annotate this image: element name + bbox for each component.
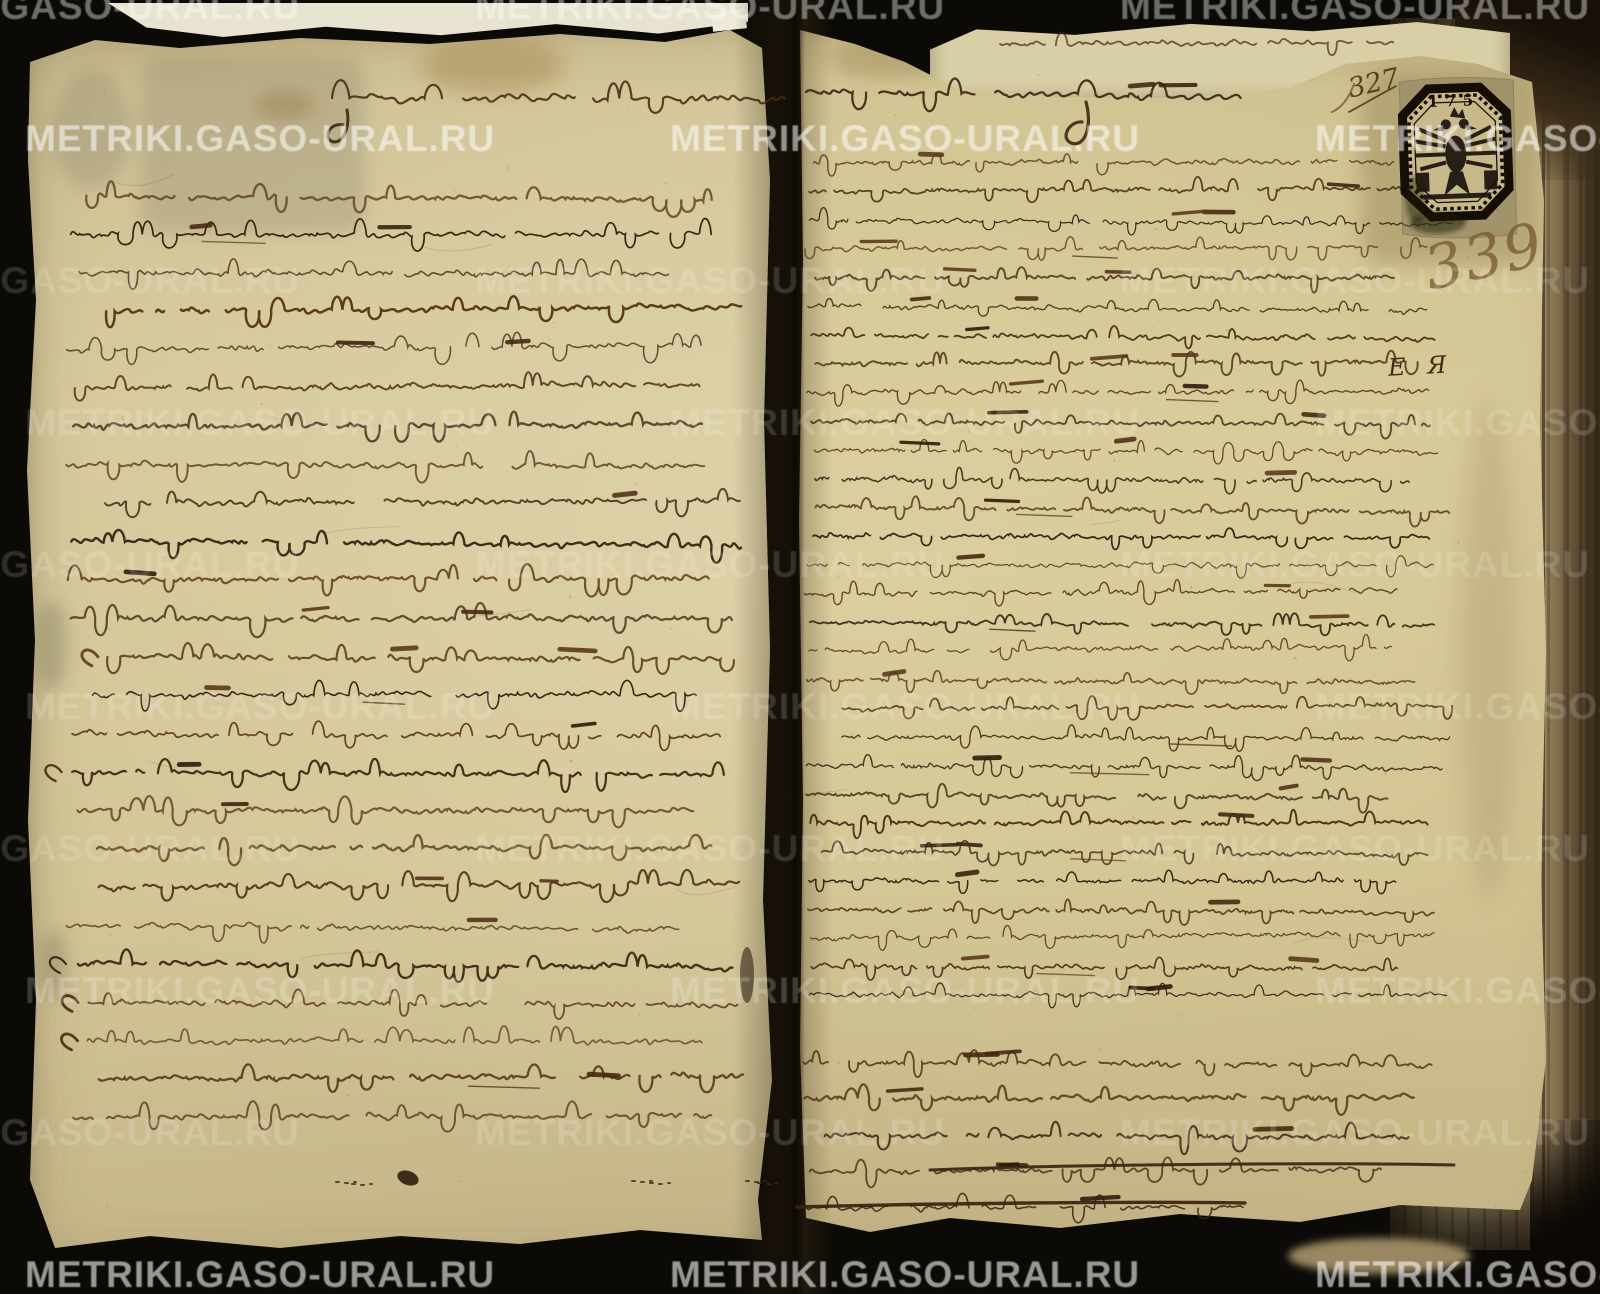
watermark-text: METRIKI.GASO-URAL.RU — [670, 1254, 1140, 1294]
page-edge-crease — [1586, 18, 1589, 1250]
page-edge-crease — [1566, 18, 1569, 1250]
gutter-paper-sliver — [711, 8, 747, 31]
manuscript-scan: 175 327 339 Е Я METRIKI.GASO-URAL.RUMETR… — [0, 0, 1600, 1294]
edge-smudge — [34, 600, 68, 690]
stamp-glue-stain — [1360, 70, 1540, 265]
fore-edge-highlight — [1288, 1238, 1470, 1274]
handwriting-stroke — [758, 1183, 778, 1184]
graphite-smudge — [140, 58, 365, 233]
ink-stain — [420, 38, 565, 93]
watermark-text: METRIKI.GASO-URAL.RU — [25, 1254, 495, 1294]
graphite-smudge — [52, 70, 132, 190]
ink-stain — [255, 90, 315, 120]
shadow-bottom-right — [1530, 1120, 1600, 1294]
top-paper-sliver — [108, 3, 748, 37]
edge-smudge — [1460, 400, 1520, 900]
edge-smudge — [40, 930, 68, 1000]
